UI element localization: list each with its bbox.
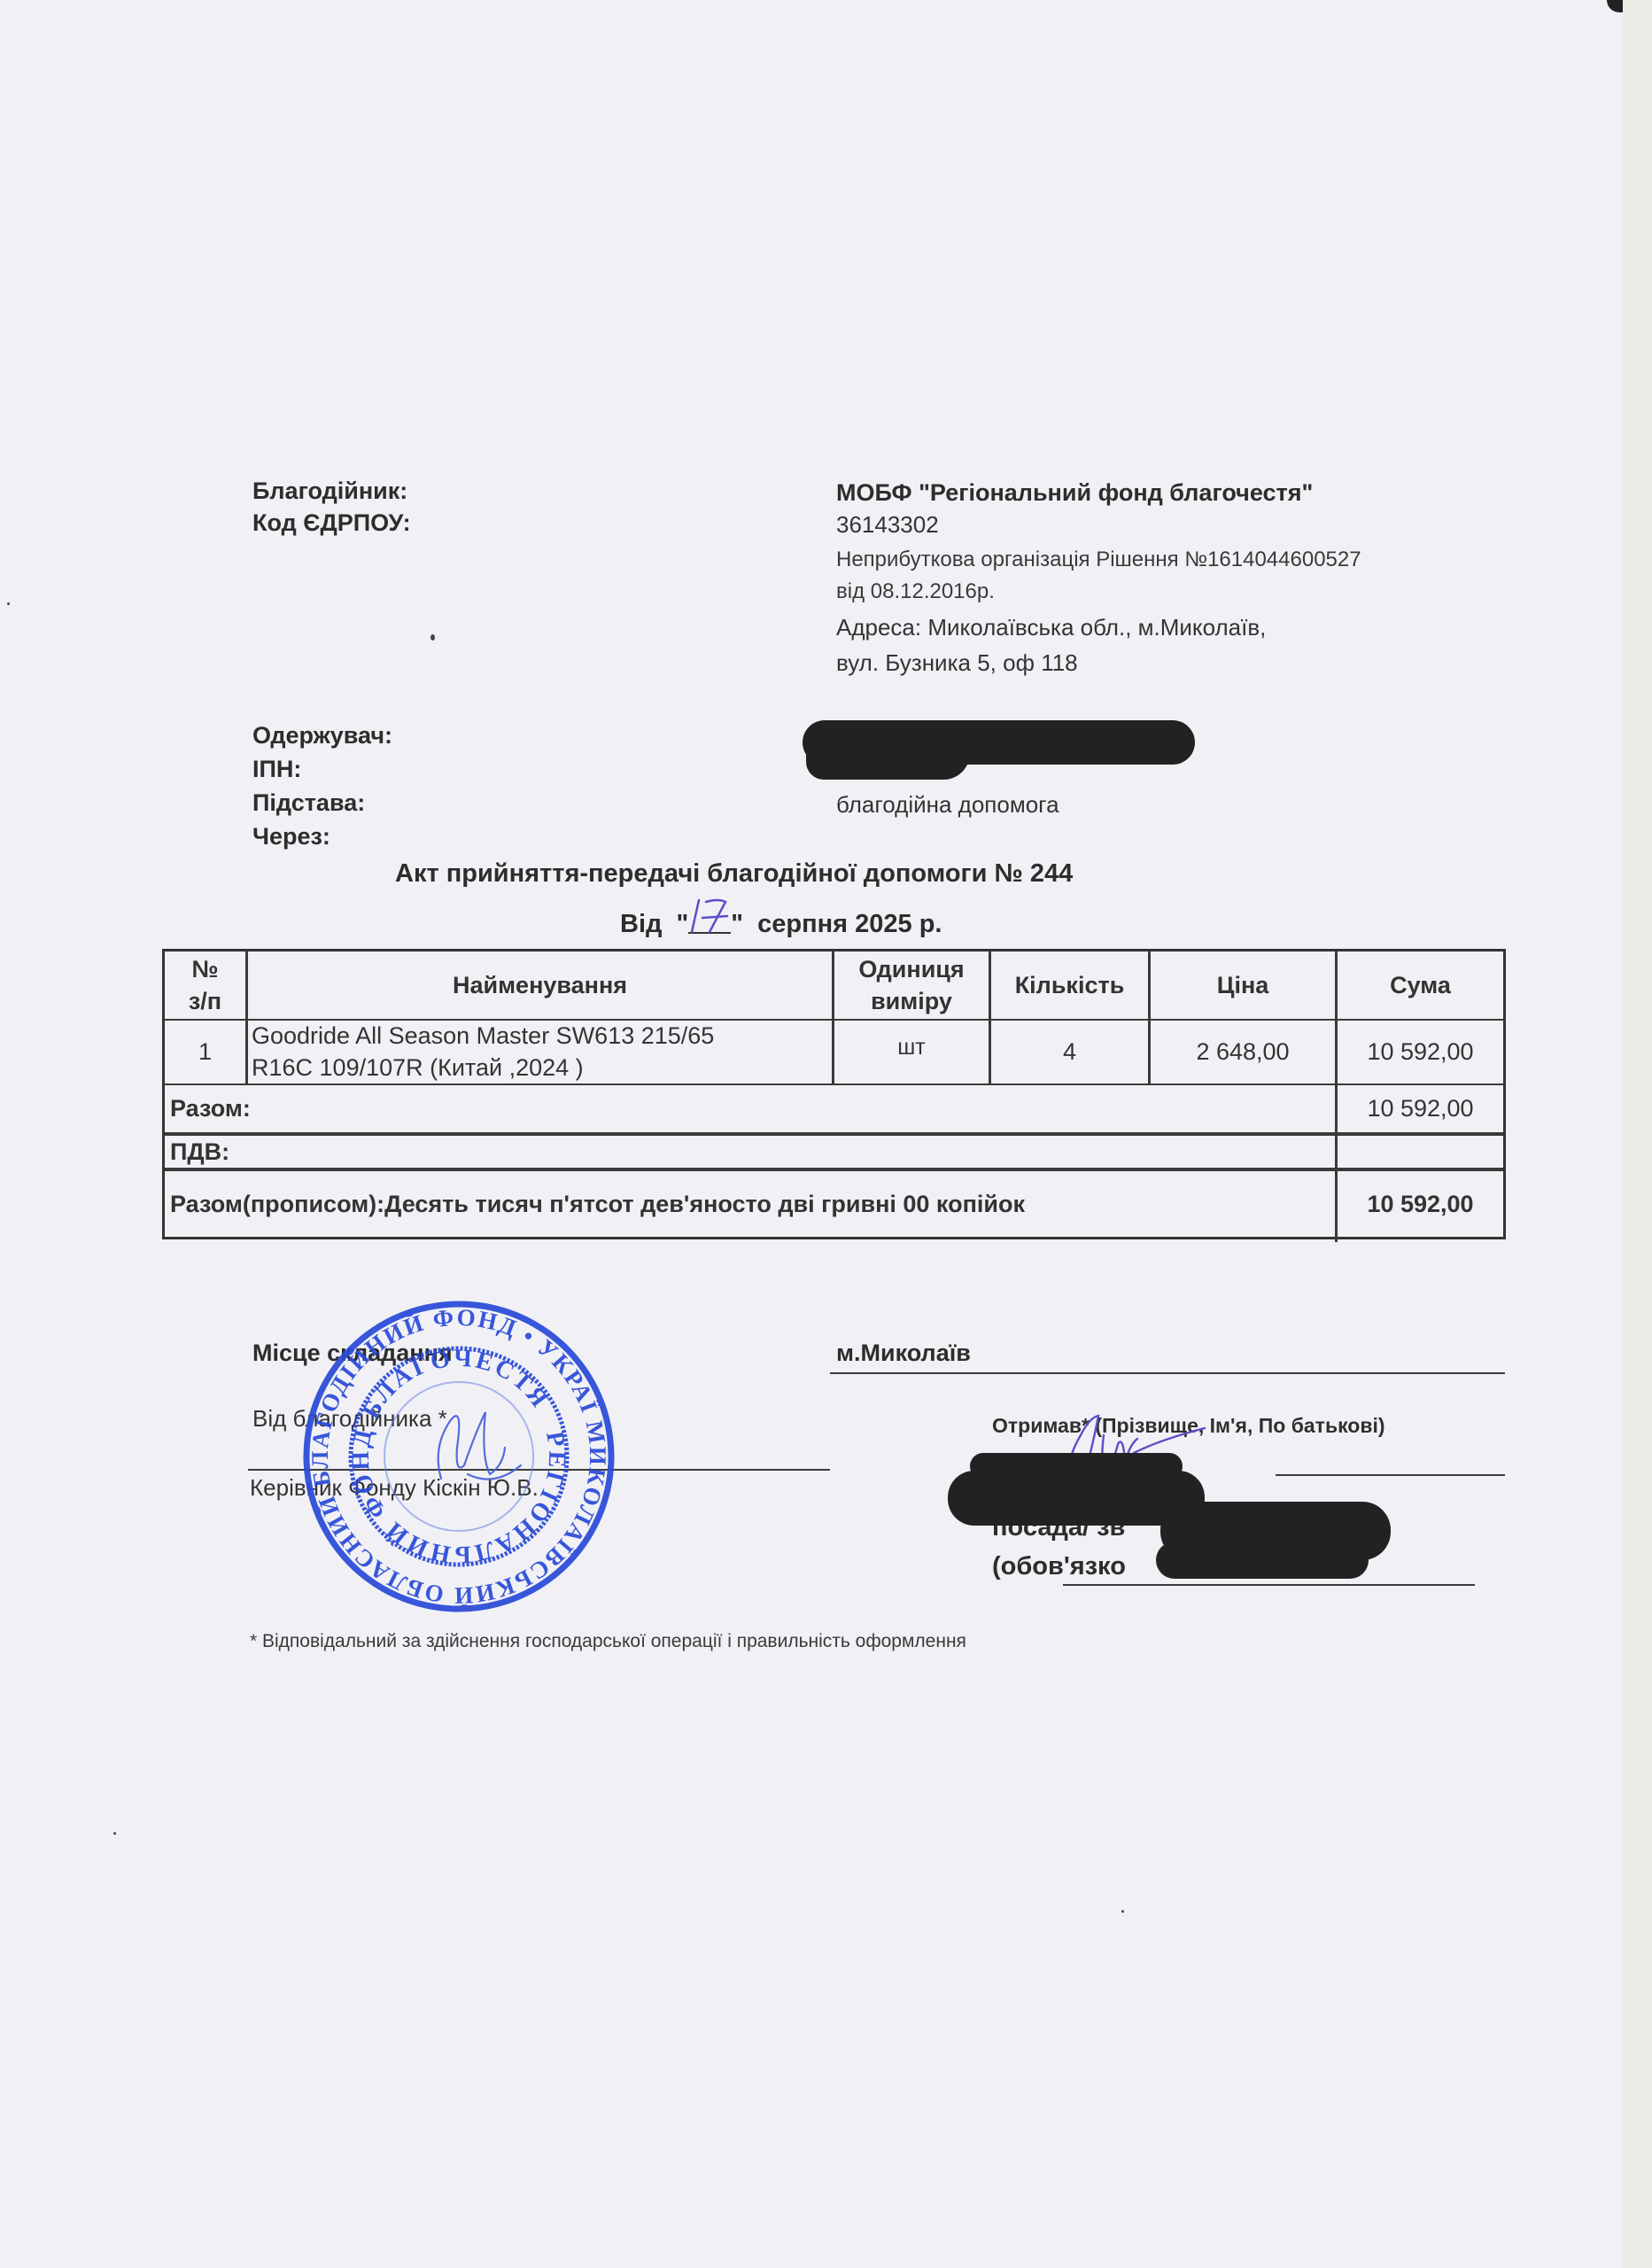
- position-underline: [1063, 1584, 1475, 1586]
- donor-name: МОБФ "Регіональний фонд благочестя": [836, 479, 1313, 507]
- basis-label: Підстава:: [252, 789, 365, 817]
- row-1-num: 1: [165, 1021, 245, 1084]
- handwritten-day: [686, 897, 733, 936]
- date-day-field: [688, 909, 731, 934]
- col-header-unit: Одиниця виміру: [834, 951, 989, 1019]
- scan-speck: [113, 1832, 116, 1835]
- row-1-name: Goodride All Season Master SW613 215/65 …: [252, 1021, 832, 1084]
- total-label: Разом:: [170, 1085, 251, 1132]
- place-value: м.Миколаїв: [836, 1340, 971, 1367]
- col-header-price: Ціна: [1151, 951, 1335, 1019]
- document-date: Від "" серпня 2025 р.: [620, 909, 942, 939]
- date-suffix: " серпня 2025 р.: [731, 910, 942, 938]
- scan-corner: [1607, 0, 1623, 12]
- scan-speck: [1121, 1910, 1124, 1913]
- place-underline: [830, 1372, 1505, 1374]
- col-header-num: № з/п: [165, 951, 245, 1019]
- row-1-name-line2: R16C 109/107R (Китай ,2024 ): [252, 1052, 584, 1084]
- scanned-page: Благодійник: Код ЄДРПОУ: МОБФ "Регіональ…: [0, 0, 1623, 2268]
- scan-speck: [7, 602, 10, 605]
- row-1-name-line1: Goodride All Season Master SW613 215/65: [252, 1021, 714, 1052]
- recipient-name-line-stub: [815, 1469, 824, 1471]
- ipn-label: ІПН:: [252, 756, 301, 783]
- col-header-unit-line1: Одиниця: [858, 953, 964, 985]
- row-1-price: 2 648,00: [1151, 1021, 1335, 1084]
- total-value: 10 592,00: [1338, 1085, 1503, 1132]
- footnote: * Відповідальний за здійснення господарс…: [250, 1631, 966, 1652]
- date-prefix: Від ": [620, 910, 688, 938]
- donor-label: Благодійник:: [252, 478, 407, 505]
- col-header-num-line1: №: [191, 953, 218, 985]
- ipn-redaction: [806, 744, 970, 780]
- position-redaction-2: [1156, 1542, 1369, 1579]
- address-line-2: вул. Бузника 5, оф 118: [836, 649, 1078, 677]
- items-table: № з/п Найменування Одиниця виміру Кількі…: [162, 949, 1506, 1239]
- col-header-qty: Кількість: [991, 951, 1148, 1019]
- row-1-unit: шт: [834, 1021, 989, 1074]
- position-label-line2: (обов'язко: [992, 1552, 1126, 1581]
- recipient-label: Одержувач:: [252, 722, 392, 750]
- via-label: Через:: [252, 823, 330, 850]
- col-header-name: Найменування: [248, 951, 832, 1019]
- vat-label: ПДВ:: [170, 1136, 229, 1168]
- row-1-qty: 4: [991, 1021, 1148, 1084]
- address-line-1: Адреса: Миколаївська обл., м.Миколаїв,: [836, 614, 1266, 641]
- basis-value: благодійна допомога: [836, 791, 1059, 819]
- edrpou-value: 36143302: [836, 511, 939, 539]
- col-header-unit-line2: виміру: [871, 985, 952, 1017]
- scan-speck: [430, 634, 435, 641]
- total-in-words-value: 10 592,00: [1338, 1171, 1503, 1237]
- total-in-words: Разом(прописом):Десять тисяч п'ятсот дев…: [170, 1171, 1025, 1237]
- recipient-name-line: [1276, 1474, 1505, 1476]
- nonprofit-decision: Неприбуткова організація Рішення №161404…: [836, 548, 1361, 572]
- row-1-sum: 10 592,00: [1338, 1021, 1503, 1084]
- document-title: Акт прийняття-передачі благодійної допом…: [395, 859, 1073, 889]
- nonprofit-date: від 08.12.2016р.: [836, 579, 995, 604]
- vat-value: [1338, 1136, 1503, 1168]
- col-header-sum: Сума: [1338, 951, 1503, 1019]
- col-header-num-line2: з/п: [189, 985, 221, 1017]
- edrpou-label: Код ЄДРПОУ:: [252, 509, 411, 537]
- organization-stamp: МИКОЛАЇВСЬКИЙ ОБЛАСНИЙ БЛАГОДІЙНИЙ ФОНД …: [299, 1297, 618, 1616]
